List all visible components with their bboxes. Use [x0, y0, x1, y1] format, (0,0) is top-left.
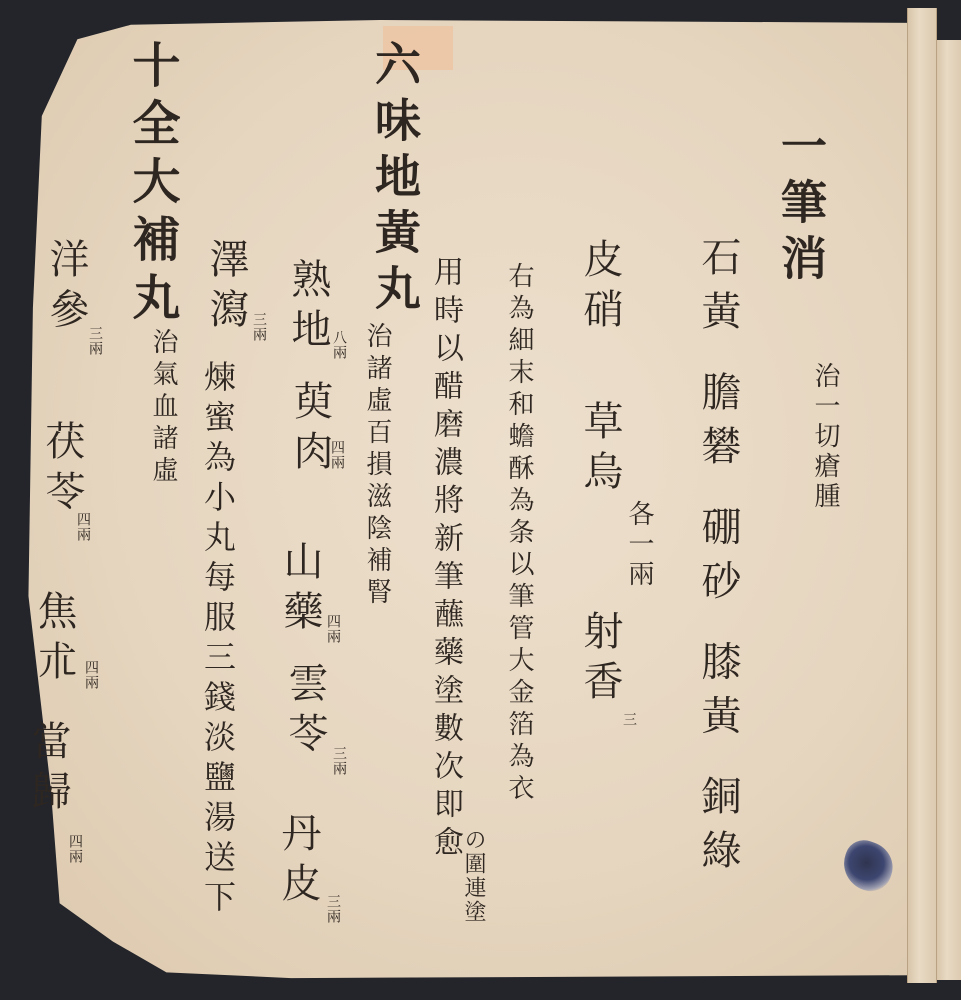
recipe-1-method-note: の圍連塗	[462, 828, 484, 924]
binding-fold-outer	[936, 40, 961, 980]
recipe-2-qty-2: 四兩	[330, 440, 344, 470]
recipe-3-ingredient-1: 洋參	[46, 238, 86, 338]
recipe-2-indication: 治諸虛百損滋陰補腎	[364, 322, 390, 610]
recipe-3-ingredient-2: 茯苓	[42, 420, 82, 520]
recipe-3-ingredient-3: 焦朮	[34, 590, 74, 690]
recipe-2-title: 六味地黃丸	[372, 40, 418, 320]
recipe-2-ingredient-1: 熟地	[288, 258, 328, 358]
recipe-3-indication: 治氣血諸虛	[150, 328, 176, 488]
recipe-3-qty-3: 四兩	[84, 660, 98, 690]
recipe-2-qty-6: 三兩	[252, 312, 266, 342]
recipe-1-ingredient-b: 草烏	[580, 400, 620, 500]
recipe-2-method: 煉蜜為小丸每服三錢淡鹽湯送下	[202, 360, 234, 920]
recipe-2-qty-3: 四兩	[326, 614, 340, 644]
recipe-3-qty-4: 四兩	[68, 834, 82, 864]
recipe-1-ingredient-c: 射香	[580, 610, 620, 710]
recipe-2-ingredient-3: 山藥	[280, 540, 320, 640]
recipe-3-title: 十全大補丸	[128, 40, 176, 330]
recipe-2-qty-5: 三兩	[326, 894, 340, 924]
recipe-2-ingredient-6: 澤瀉	[206, 238, 246, 338]
recipe-1-method-1: 右為細末和蟾酥為条以筆管大金箔為衣	[506, 262, 532, 806]
recipe-3-qty-2: 四兩	[76, 512, 90, 542]
binding-fold	[907, 8, 937, 983]
recipe-1-ingredient-a: 皮硝	[580, 238, 620, 338]
recipe-1-qty-c: 三	[622, 712, 636, 727]
recipe-3-ingredient-4: 當歸	[28, 720, 68, 820]
recipe-2-ingredient-2: 萸肉	[290, 380, 330, 480]
recipe-1-title: 一筆消	[778, 122, 824, 290]
recipe-1-method-2: 用時以醋磨濃將新筆蘸藥塗數次即愈	[430, 256, 460, 864]
recipe-2-qty-4: 三兩	[332, 746, 346, 776]
recipe-1-qty: 各一兩	[626, 500, 652, 590]
recipe-1-indication: 治一切瘡腫	[812, 362, 838, 512]
recipe-3-qty-1: 三兩	[88, 326, 102, 356]
recipe-2-ingredient-5: 丹皮	[278, 812, 318, 912]
recipe-2-qty-1: 八兩	[332, 330, 346, 360]
recipe-2-ingredient-4: 雲苓	[285, 662, 325, 762]
recipe-1-ingredients-1: 石黃 膽礬 硼砂 膝黃 銅綠	[698, 236, 738, 883]
